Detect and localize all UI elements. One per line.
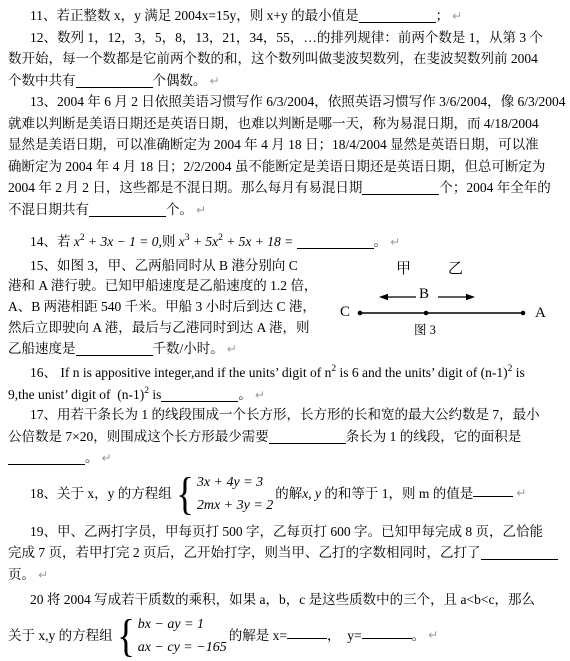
- problem-15: 15、如图 3，甲、乙两船同时从 B 港分别向 C港和 A 港行驶。已知甲船速度…: [8, 256, 348, 360]
- label-yi: 乙: [448, 262, 463, 277]
- text-line: 公倍数是 7×20，则围成这个长方形最少需要条长为 1 的线段，它的面积是: [8, 426, 562, 448]
- text-line: 16、 If n is appositive integer,and if th…: [8, 359, 562, 381]
- text-line: 乙船速度是千数/小时。↵: [8, 339, 348, 360]
- port-c-dot: [358, 310, 363, 315]
- problem-15-text: 15、如图 3，甲、乙两船同时从 B 港分别向 C港和 A 港行驶。已知甲船速度…: [8, 256, 348, 360]
- answer-blank: [362, 633, 412, 639]
- text-run: ；: [436, 8, 450, 23]
- answer-blank: [481, 554, 558, 560]
- problem-18: 18、关于 x，y 的方程组{3x + 4y = 32mx + 3y = 2的解…: [8, 469, 562, 519]
- text-run: is: [512, 365, 524, 380]
- text-run: 9,the unist’ digit of (n-1): [8, 387, 144, 402]
- text-run: + 5x: [189, 234, 218, 249]
- problem-13: 13、2004 年 6 月 2 日依照美语习惯写作 6/3/2004，依照英语习…: [8, 91, 562, 220]
- problem-11: 11、若正整数 x，y 满足 2004x=15y，则 x+y 的最小值是；↵: [8, 5, 562, 27]
- text-line: 确断定为 2004 年 4 月 18 日；2/2/2004 虽不能断定是美语日期…: [8, 156, 562, 178]
- text-run: 显然是美语日期，可以准确断定为 2004 年 4 月 18 日；18/4/200…: [8, 137, 539, 152]
- paragraph-mark-icon: ↵: [35, 568, 48, 582]
- text-line: 港和 A 港行驶。已知甲船速度是乙船速度的 1.2 倍，: [8, 276, 348, 297]
- label-c: C: [340, 305, 350, 320]
- paragraph-mark-icon: ↵: [513, 483, 526, 505]
- text-run: 的解: [275, 483, 302, 505]
- equation-system: {3x + 4y = 32mx + 3y = 2: [174, 471, 274, 517]
- answer-blank: [359, 17, 436, 23]
- paragraph-mark-icon: ↵: [425, 625, 438, 647]
- problem-20: 20 将 2004 写成若干质数的乘积，如果 a，b，c 是这些质数中的三个，且…: [8, 589, 562, 661]
- equation-system: {bx − ay = 1ax − cy = −165: [115, 613, 227, 659]
- text-line: 12、数列 1，12，3，5，8，13，21，34，55，…的排列规律：前两个数…: [8, 27, 562, 49]
- text-run: 个；2004 年全年的: [439, 180, 550, 195]
- text-run: 然后立即驶向 A 港，最后与乙港同时到达 A 港，则: [8, 320, 310, 335]
- paragraph-mark-icon: ↵: [252, 388, 265, 402]
- label-a: A: [535, 306, 546, 321]
- paragraph-mark-icon: ↵: [207, 74, 220, 88]
- problem-14: 14、若 x2 + 3x − 1 = 0,则 x3 + 5x2 + 5x + 1…: [8, 228, 562, 250]
- port-b-dot: [424, 310, 429, 315]
- text-run: is: [149, 387, 161, 402]
- text-run: 20 将 2004 写成若干质数的乘积，如果 a，b，c 是这些质数中的三个，且…: [30, 592, 535, 607]
- brace-icon: {: [117, 613, 135, 659]
- text-run: 数开始，每一个数都是它前两个数的和，这个数列叫做斐波契数列，在斐波契数列前 20…: [8, 51, 538, 66]
- text-line: 数开始，每一个数都是它前两个数的和，这个数列叫做斐波契数列，在斐波契数列前 20…: [8, 48, 562, 70]
- left-arrow-icon: [379, 293, 388, 299]
- answer-blank: [297, 243, 374, 249]
- text-run: 条长为 1 的线段，它的面积是: [346, 429, 522, 444]
- text-run: 16、 If n is appositive integer,and if th…: [30, 365, 331, 380]
- text-run: 11、若正整数 x，y 满足 2004x=15y，则 x+y 的最小值是: [30, 8, 359, 23]
- text-run: x, y: [302, 483, 324, 505]
- text-run: 18、关于 x，y 的方程组: [30, 483, 172, 505]
- text-run: ， y=: [327, 625, 362, 647]
- text-run: 15、如图 3，甲、乙两船同时从 B 港分别向 C: [30, 258, 298, 273]
- text-run: 乙船速度是: [8, 341, 76, 356]
- paragraph-mark-icon: ↵: [224, 342, 237, 356]
- paragraph-mark-icon: ↵: [449, 9, 462, 23]
- text-run: 则: [162, 234, 179, 249]
- answer-blank: [269, 438, 346, 444]
- problems-top-section: 11、若正整数 x，y 满足 2004x=15y，则 x+y 的最小值是；↵12…: [8, 5, 562, 250]
- equation: 2mx + 3y = 2: [197, 494, 273, 517]
- text-line: 然后立即驶向 A 港，最后与乙港同时到达 A 港，则: [8, 318, 348, 339]
- equation-lines: 3x + 4y = 32mx + 3y = 2: [197, 471, 273, 517]
- text-run: 17、用若干条长为 1 的线段围成一个长方形，长方形的长和宽的最大公约数是 7，…: [30, 407, 540, 422]
- text-run: 关于 x,y 的方程组: [8, 625, 113, 647]
- answer-blank: [89, 211, 166, 217]
- text-line: 完成 7 页，若甲打完 2 页后，乙开始打字，则当甲、乙打的字数相同时，乙打了: [8, 542, 562, 564]
- text-run: 。: [374, 234, 388, 249]
- text-run: + 5x + 18 =: [223, 234, 297, 249]
- answer-blank: [473, 491, 513, 497]
- text-run: 。: [85, 450, 99, 465]
- equation: ax − cy = −165: [138, 636, 227, 659]
- text-line: 。↵: [8, 447, 562, 469]
- text-run: 个偶数。: [153, 73, 207, 88]
- answer-blank: [76, 82, 153, 88]
- text-run: 的解是 x=: [229, 625, 287, 647]
- paragraph-mark-icon: ↵: [387, 235, 400, 249]
- label-jia: 甲: [396, 262, 411, 277]
- worksheet-page: 11、若正整数 x，y 满足 2004x=15y，则 x+y 的最小值是；↵12…: [0, 0, 570, 661]
- text-line: 页。↵: [8, 564, 562, 586]
- text-run: 13、2004 年 6 月 2 日依照美语习惯写作 6/3/2004，依照英语习…: [30, 94, 566, 109]
- brace-icon: {: [176, 471, 194, 517]
- text-line: 17、用若干条长为 1 的线段围成一个长方形，长方形的长和宽的最大公约数是 7，…: [8, 404, 562, 426]
- text-run: 19、甲、乙两打字员，甲每页打 500 字，乙每页打 600 字。已知甲每完成 …: [30, 524, 543, 539]
- text-line: 14、若 x2 + 3x − 1 = 0,则 x3 + 5x2 + 5x + 1…: [8, 228, 562, 250]
- text-run: 确断定为 2004 年 4 月 18 日；2/2/2004 虽不能断定是美语日期…: [8, 159, 545, 174]
- text-line: 18、关于 x，y 的方程组{3x + 4y = 32mx + 3y = 2的解…: [8, 469, 562, 519]
- text-run: 港和 A 港行驶。已知甲船速度是乙船速度的 1.2 倍，: [8, 278, 317, 293]
- text-line: 就难以判断是美语日期还是英语日期，也难以判断是哪一天，称为易混日期，而 4/18…: [8, 113, 562, 135]
- text-run: 就难以判断是美语日期还是英语日期，也难以判断是哪一天，称为易混日期，而 4/18…: [8, 116, 539, 131]
- text-line: 11、若正整数 x，y 满足 2004x=15y，则 x+y 的最小值是；↵: [8, 5, 562, 27]
- equation: 3x + 4y = 3: [197, 471, 273, 494]
- paragraph-mark-icon: ↵: [193, 203, 206, 217]
- text-run: 个数中共有: [8, 73, 76, 88]
- answer-blank: [76, 350, 153, 356]
- text-run: 千数/小时。: [153, 341, 224, 356]
- text-line: 19、甲、乙两打字员，甲每页打 500 字，乙每页打 600 字。已知甲每完成 …: [8, 521, 562, 543]
- text-line: 关于 x,y 的方程组{bx − ay = 1ax − cy = −165的解是…: [8, 611, 562, 661]
- text-run: 12、数列 1，12，3，5，8，13，21，34，55，…的排列规律：前两个数…: [30, 30, 543, 45]
- figure-3: 甲 乙 B C A 图 3: [338, 260, 570, 348]
- text-line: 不混日期共有个。↵: [8, 199, 562, 221]
- text-line: A、B 两港相距 540 千米。甲船 3 小时后到达 C 港，: [8, 297, 348, 318]
- text-run: 14、若: [30, 234, 74, 249]
- text-run: + 3x − 1 = 0,: [85, 234, 162, 249]
- answer-blank: [287, 633, 327, 639]
- text-line: 20 将 2004 写成若干质数的乘积，如果 a，b，c 是这些质数中的三个，且…: [8, 589, 562, 611]
- text-line: 9,the unist’ digit of (n-1)2 is。↵: [8, 381, 562, 403]
- equation: bx − ay = 1: [138, 613, 227, 636]
- answer-blank: [8, 459, 85, 465]
- figure-caption: 图 3: [414, 324, 436, 337]
- problem-17: 17、用若干条长为 1 的线段围成一个长方形，长方形的长和宽的最大公约数是 7，…: [8, 404, 562, 469]
- port-a-dot: [521, 310, 526, 315]
- text-run: A、B 两港相距 540 千米。甲船 3 小时后到达 C 港，: [8, 299, 316, 314]
- problem-12: 12、数列 1，12，3，5，8，13，21，34，55，…的排列规律：前两个数…: [8, 27, 562, 92]
- answer-blank: [362, 189, 439, 195]
- problem-16: 16、 If n is appositive integer,and if th…: [8, 359, 562, 402]
- text-line: 2004 年 2 月 2 日，这些都是不混日期。那么每月有易混日期个；2004 …: [8, 177, 562, 199]
- text-run: 页。: [8, 567, 35, 582]
- text-line: 显然是美语日期，可以准确断定为 2004 年 4 月 18 日；18/4/200…: [8, 134, 562, 156]
- paragraph-mark-icon: ↵: [99, 451, 112, 465]
- text-run: 2004 年 2 月 2 日，这些都是不混日期。那么每月有易混日期: [8, 180, 362, 195]
- text-run: 的和等于 1，则 m 的值是: [324, 483, 473, 505]
- text-line: 13、2004 年 6 月 2 日依照美语习惯写作 6/3/2004，依照英语习…: [8, 91, 562, 113]
- text-run: 完成 7 页，若甲打完 2 页后，乙开始打字，则当甲、乙打的字数相同时，乙打了: [8, 545, 481, 560]
- answer-blank: [161, 396, 238, 402]
- text-line: 15、如图 3，甲、乙两船同时从 B 港分别向 C: [8, 256, 348, 277]
- text-run: 不混日期共有: [8, 202, 89, 217]
- problem-19: 19、甲、乙两打字员，甲每页打 500 字，乙每页打 600 字。已知甲每完成 …: [8, 521, 562, 586]
- text-run: 公倍数是 7×20，则围成这个长方形最少需要: [8, 429, 269, 444]
- text-run: 。: [412, 625, 426, 647]
- text-run: is 6 and the units’ digit of (n-1): [336, 365, 507, 380]
- equation-lines: bx − ay = 1ax − cy = −165: [138, 613, 227, 659]
- text-run: 个。: [166, 202, 193, 217]
- problem-15-row: 15、如图 3，甲、乙两船同时从 B 港分别向 C港和 A 港行驶。已知甲船速度…: [8, 256, 562, 360]
- text-line: 个数中共有个偶数。↵: [8, 70, 562, 92]
- label-b: B: [419, 287, 429, 302]
- right-arrow-icon: [466, 293, 475, 299]
- text-run: 。: [238, 387, 252, 402]
- problems-bottom-section: 16、 If n is appositive integer,and if th…: [8, 359, 562, 661]
